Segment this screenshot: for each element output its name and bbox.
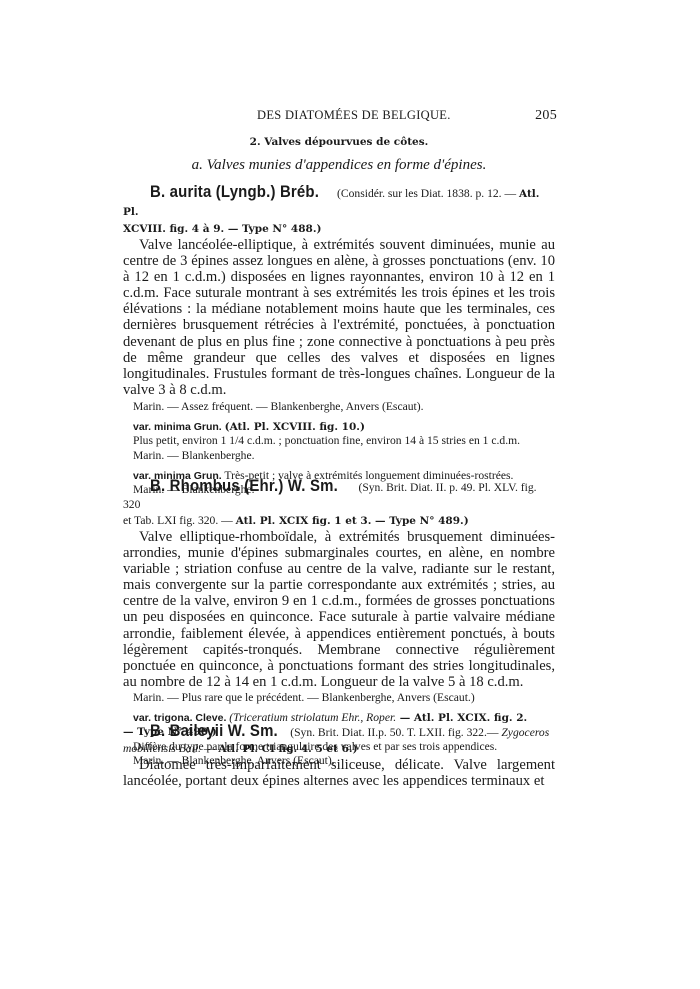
species-description: Valve elliptique-rhomboïdale, à extrémit… — [123, 529, 555, 690]
page-number: 205 — [535, 108, 557, 124]
variety-description: Plus petit, environ 1 1/4 c.d.m. ; ponct… — [123, 434, 555, 448]
variety-name: var. minima Grun. — [133, 421, 222, 433]
variety-reference: (Atl. Pl. XCVIII. fig. 10.) — [225, 421, 365, 433]
variety-habitat: Marin. — Blankenberghe. — [123, 449, 555, 463]
species-description: Valve lancéolée-elliptique, à extrémités… — [123, 237, 555, 398]
variety-entry: var. minima Grun. (Atl. Pl. XCVIII. fig.… — [123, 420, 555, 463]
atlas-reference: Atl. Pl. CI fig. 4. 5 et 6.) — [218, 743, 357, 755]
species-description: Diatomée très-imparfaitement siliceuse, … — [123, 757, 555, 789]
species-synonym-cont: mobiliensis Bail. — [123, 742, 201, 755]
species-header: B. Baileyii W. Sm. (Syn. Brit. Diat. II.… — [123, 722, 555, 741]
separator: — — [201, 742, 218, 755]
species-header: B. Rhombus (Ehr.) W. Sm. (Syn. Brit. Dia… — [123, 477, 555, 513]
species-header: B. aurita (Lyngb.) Bréb. (Considér. sur … — [123, 183, 555, 221]
species-entry-baileyii: B. Baileyii W. Sm. (Syn. Brit. Diat. II.… — [123, 722, 555, 789]
species-habitat: Marin. — Assez fréquent. — Blankenberghe… — [123, 400, 555, 414]
species-name: B. Rhombus (Ehr.) W. Sm. — [150, 477, 338, 494]
species-entry-aurita: B. aurita (Lyngb.) Bréb. (Considér. sur … — [123, 183, 555, 497]
atlas-reference-cont: XCVIII. fig. 4 à 9. — Type N° 488.) — [123, 223, 321, 235]
atlas-reference: Atl. Pl. XCIX fig. 1 et 3. — Type N° 489… — [236, 515, 469, 527]
section-heading: 2. Valves dépourvues de côtes. — [123, 136, 555, 148]
subsection-heading: a. Valves munies d'appendices en forme d… — [123, 157, 555, 174]
species-habitat: Marin. — Plus rare que le précédent. — B… — [123, 691, 555, 705]
species-reference: (Syn. Brit. Diat. II.p. 50. T. LXII. fig… — [290, 726, 501, 739]
species-name: B. Baileyii W. Sm. — [150, 722, 278, 739]
species-reference-cont: et Tab. LXI fig. 320. — — [123, 514, 236, 527]
species-reference: (Considér. sur les Diat. 1838. p. 12. — — [337, 187, 519, 200]
running-title: DES DIATOMÉES DE BELGIQUE. — [257, 108, 451, 123]
species-synonym: Zygoceros — [501, 726, 549, 739]
species-name: B. aurita (Lyngb.) Bréb. — [150, 183, 319, 200]
